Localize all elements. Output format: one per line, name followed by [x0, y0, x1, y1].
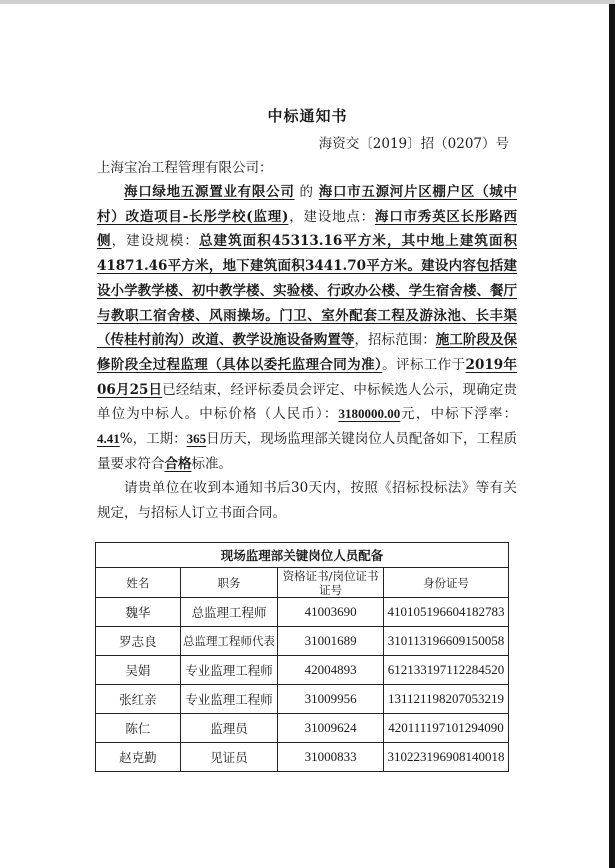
- table-row: 吴娟 专业监理工程师 42004893 612133197112284520: [96, 656, 509, 685]
- header-position: 职务: [180, 568, 278, 598]
- reference-number: 海资交〔2019〕招（0207）号: [319, 132, 509, 152]
- staff-id-no: 310113196609150058: [384, 627, 509, 656]
- staff-name: 罗志良: [96, 627, 181, 656]
- staff-name: 吴娟: [96, 656, 181, 685]
- staff-name: 张红亲: [96, 685, 181, 714]
- staff-position: 总监理工程师代表: [180, 627, 278, 656]
- header-name: 姓名: [96, 568, 181, 598]
- staff-cert-no: 31001689: [278, 627, 384, 656]
- staff-id-no: 612133197112284520: [384, 656, 509, 685]
- document-page: 中标通知书 海资交〔2019〕招（0207）号 上海宝冶工程管理有限公司： 海口…: [0, 4, 609, 868]
- bid-price: 3180000.00: [338, 406, 400, 421]
- paragraph-award-details: 海口绿地五源置业有限公司 的 海口市五源河片区棚户区（城中村）改造项目-长彤学校…: [97, 180, 517, 476]
- tenderer-name: 海口绿地五源置业有限公司: [124, 184, 295, 200]
- construction-period: 365: [187, 431, 207, 446]
- staff-position: 见证员: [180, 743, 278, 772]
- table-row: 张红亲 专业监理工程师 31009956 131121198207053219: [96, 685, 509, 714]
- staff-cert-no: 42004893: [278, 656, 384, 685]
- staff-table: 现场监理部关键岗位人员配备 姓名 职务 资格证书/岗位证书证号 身份证号 魏华 …: [95, 542, 509, 772]
- header-id-no: 身份证号: [384, 568, 509, 598]
- staff-id-no: 131121198207053219: [384, 685, 509, 714]
- staff-cert-no: 31000833: [278, 743, 384, 772]
- staff-id-no: 410105196604182783: [384, 598, 509, 627]
- staff-cert-no: 31009624: [278, 714, 384, 743]
- scan-right-edge: [609, 4, 615, 868]
- table-row: 赵克勤 见证员 31000833 310223196908140018: [96, 743, 509, 772]
- quality-standard: 合格: [165, 456, 192, 472]
- salutation: 上海宝冶工程管理有限公司：: [97, 156, 273, 176]
- staff-cert-no: 31009956: [278, 685, 384, 714]
- staff-position: 总监理工程师: [180, 598, 278, 627]
- staff-table-header: 姓名 职务 资格证书/岗位证书证号 身份证号: [96, 568, 509, 598]
- staff-name: 赵克勤: [96, 743, 181, 772]
- project-scale: 总建筑面积45313.16平方米，其中地上建筑面积41871.46平方米，地下建…: [97, 233, 517, 348]
- staff-cert-no: 41003690: [278, 598, 384, 627]
- staff-position: 监理员: [180, 714, 278, 743]
- staff-id-no: 310223196908140018: [384, 743, 509, 772]
- header-cert-no: 资格证书/岗位证书证号: [278, 568, 384, 598]
- staff-name: 陈仁: [96, 714, 181, 743]
- notice-body: 海口绿地五源置业有限公司 的 海口市五源河片区棚户区（城中村）改造项目-长彤学校…: [97, 180, 517, 526]
- discount-rate: 4.41: [97, 431, 120, 446]
- staff-position: 专业监理工程师: [180, 656, 278, 685]
- paragraph-contract-instruction: 请贵单位在收到本通知书后30天内，按照《招标投标法》等有关规定，与招标人订立书面…: [97, 476, 517, 525]
- document-title: 中标通知书: [0, 105, 615, 126]
- table-row: 魏华 总监理工程师 41003690 410105196604182783: [96, 598, 509, 627]
- table-row: 罗志良 总监理工程师代表 31001689 310113196609150058: [96, 627, 509, 656]
- staff-table-caption: 现场监理部关键岗位人员配备: [96, 543, 509, 568]
- staff-id-no: 420111197101294090: [384, 714, 509, 743]
- staff-position: 专业监理工程师: [180, 685, 278, 714]
- staff-name: 魏华: [96, 598, 181, 627]
- table-row: 陈仁 监理员 31009624 420111197101294090: [96, 714, 509, 743]
